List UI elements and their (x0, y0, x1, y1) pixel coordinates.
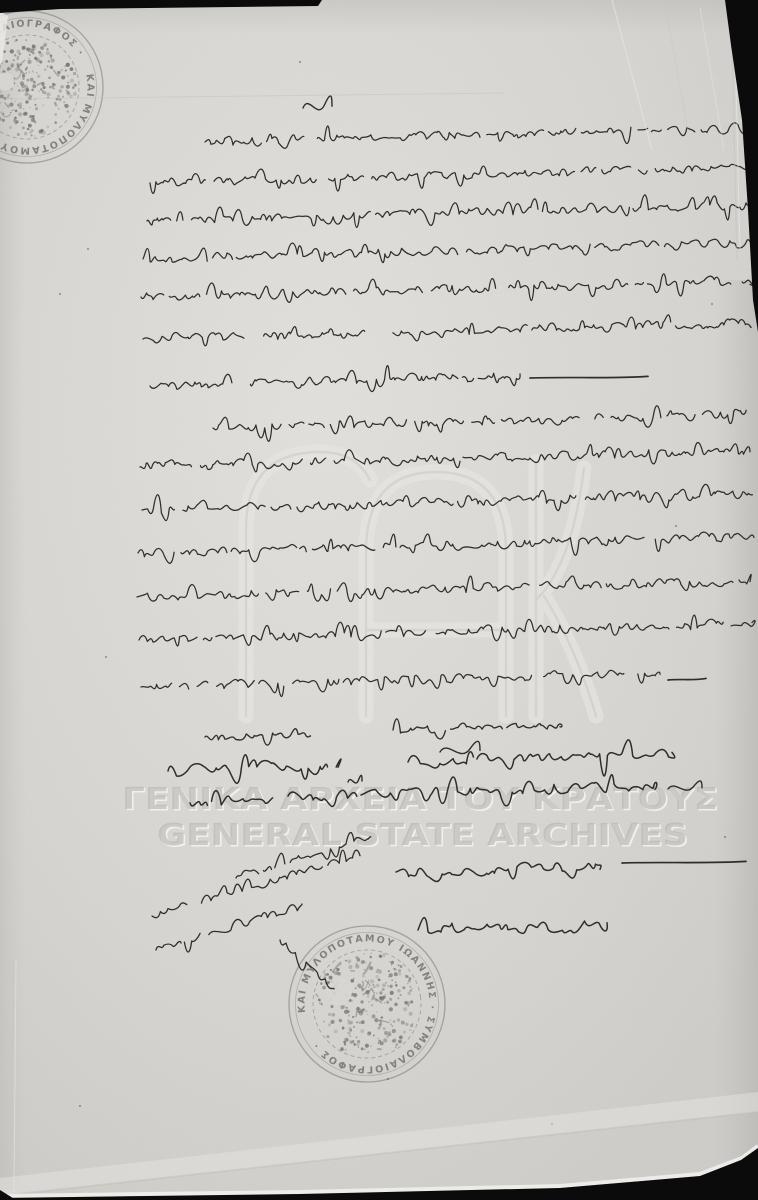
paper-speck (724, 836, 726, 838)
paper-speck (105, 656, 107, 658)
watermark-line2: GENERAL STATE ARCHIVES (157, 818, 688, 853)
paper-speck (299, 61, 301, 63)
paper-speck (87, 248, 89, 250)
paper-speck (59, 293, 61, 295)
paper-speck (675, 525, 677, 527)
document-scan: ΓΕΝΙΚΑ ΑΡΧΕΙΑ ΤΟΥ ΚΡΑΤΟΥΣ ΓΕΝΙΚΑ ΑΡΧΕΙΑ … (0, 0, 758, 1200)
paper-speck (387, 1078, 389, 1080)
watermark-text: ΓΕΝΙΚΑ ΑΡΧΕΙΑ ΤΟΥ ΚΡΑΤΟΥΣ ΓΕΝΙΚΑ ΑΡΧΕΙΑ … (122, 782, 720, 855)
paper-speck (711, 303, 713, 305)
scanned-document-page: ΓΕΝΙΚΑ ΑΡΧΕΙΑ ΤΟΥ ΚΡΑΤΟΥΣ ΓΕΝΙΚΑ ΑΡΧΕΙΑ … (0, 0, 758, 1200)
paper-speck (79, 1105, 81, 1107)
